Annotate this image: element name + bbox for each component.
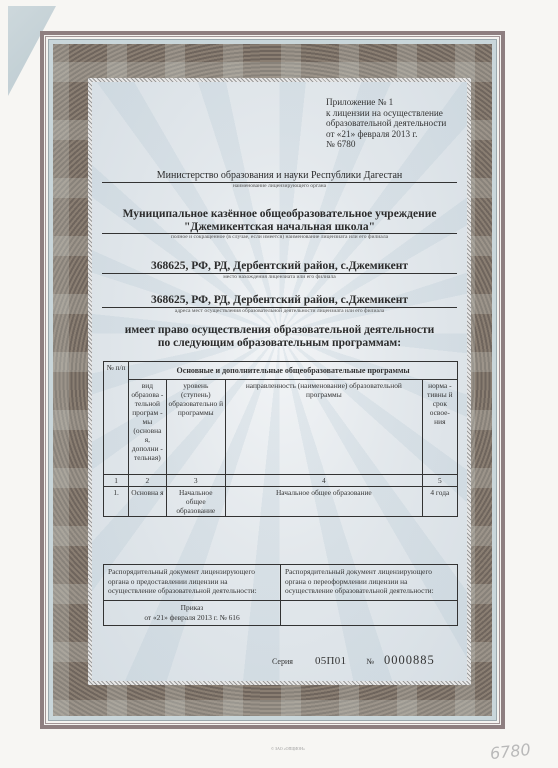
col-header-level: уровень (ступень) образовательно й прогр… — [166, 380, 226, 475]
rights-statement: имеет право осуществления образовательно… — [102, 324, 457, 350]
column-number: 1 — [104, 475, 129, 487]
licensing-body-name: Министерство образования и науки Республ… — [102, 170, 457, 183]
appendix-line: Приложение № 1 — [326, 97, 466, 108]
form-number: 0000885 — [384, 653, 435, 668]
column-number-row: 1 2 3 4 5 — [104, 475, 458, 487]
appendix-line: № 6780 — [326, 139, 466, 150]
appendix-reference: Приложение № 1 к лицензии на осуществлен… — [326, 97, 466, 150]
appendix-line: к лицензии на осуществление — [326, 108, 466, 119]
appendix-line: образовательной деятельности — [326, 118, 466, 129]
certificate-body: Приложение № 1 к лицензии на осуществлен… — [92, 82, 467, 681]
blank-form-series: Серия 05П01 № 0000885 — [272, 653, 462, 668]
group-header: Основные и дополнительные общеобразовате… — [129, 362, 458, 380]
table-row: 1. Основна я Начальное общее образование… — [104, 487, 458, 517]
column-number: 5 — [422, 475, 457, 487]
grant-order-type: Приказ — [108, 603, 276, 613]
rights-line: имеет право осуществления образовательно… — [102, 324, 457, 337]
reissue-order-value — [281, 601, 458, 626]
location-caption: место нахождения лицензиата или его фили… — [102, 274, 457, 281]
activity-address: 368625, РФ, РД, Дербентский район, с.Дже… — [102, 294, 457, 308]
activity-address-caption: адреса мест осуществления образовательно… — [102, 308, 457, 315]
series-label: Серия — [272, 657, 293, 666]
number-label: № — [366, 657, 374, 666]
column-number: 4 — [226, 475, 423, 487]
licensing-body-caption: наименование лицензирующего органа — [102, 183, 457, 190]
appendix-line: от «21» февраля 2013 г. — [326, 129, 466, 140]
series-value: 05П01 — [315, 655, 346, 667]
licensee-caption: полное и сокращенное (в случае, если име… — [102, 234, 457, 241]
grant-order-header: Распорядительный документ лицензирующего… — [104, 565, 281, 601]
handwritten-note: 6780 — [489, 740, 531, 763]
printer-mark: © ЗАО «ОПЦИОН» — [271, 746, 305, 751]
orders-table: Распорядительный документ лицензирующего… — [103, 564, 458, 626]
row-number: 1. — [104, 487, 129, 517]
licensee-full-name: Муниципальное казённое общеобразовательн… — [102, 208, 457, 221]
licensee-name: Муниципальное казённое общеобразовательн… — [102, 208, 457, 234]
program-direction: Начальное общее образование — [226, 487, 423, 517]
grant-order-date-number: от «21» февраля 2013 г. № 616 — [108, 613, 276, 623]
program-level: Начальное общее образование — [166, 487, 226, 517]
col-header-direction: направленность (наименование) образовате… — [226, 380, 423, 475]
col-header-kind: вид образова - тельной програм - мы (осн… — [129, 380, 166, 475]
program-term: 4 года — [422, 487, 457, 517]
licensee-location: 368625, РФ, РД, Дербентский район, с.Дже… — [102, 260, 457, 274]
column-number: 2 — [129, 475, 166, 487]
licensee-short-name: "Джемикентская начальная школа" — [102, 221, 457, 234]
column-number: 3 — [166, 475, 226, 487]
col-header-term: норма - тивны й срок освое- ния — [422, 380, 457, 475]
program-kind: Основна я — [129, 487, 166, 517]
programs-table: № п/п Основные и дополнительные общеобра… — [103, 361, 458, 517]
grant-order-value: Приказ от «21» февраля 2013 г. № 616 — [104, 601, 281, 626]
reissue-order-header: Распорядительный документ лицензирующего… — [281, 565, 458, 601]
col-header-number: № п/п — [104, 362, 129, 475]
rights-line: по следующим образовательным программам: — [102, 337, 457, 350]
